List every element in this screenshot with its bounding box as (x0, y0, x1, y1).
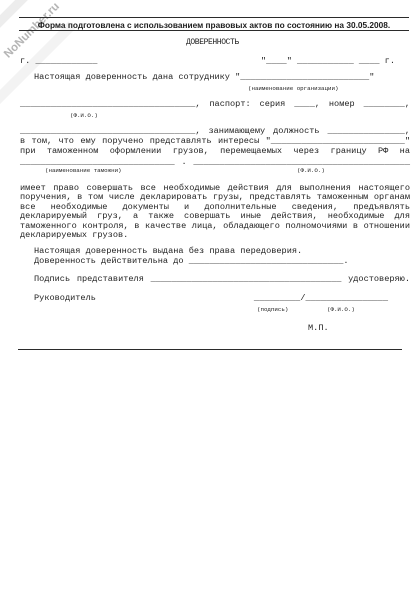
customs-line: при таможенном оформлении грузов, переме… (20, 147, 410, 157)
sign-caption: (подпись) (257, 307, 288, 314)
powers-paragraph: имеет право совершать все необходимые де… (20, 184, 410, 240)
head-signature-row: Руководитель _________/________________ (20, 294, 410, 304)
org-caption-row: (наименование организации) (20, 84, 410, 94)
footer-rule (18, 349, 402, 350)
head-label: Руководитель (20, 294, 96, 304)
document-title: ДОВЕРЕННОСТЬ (186, 38, 239, 47)
customs-caption: (наименование таможни) (45, 168, 122, 175)
fio-caption-3: (Ф.И.О.) (327, 307, 355, 314)
representative-signature-line: Подпись представителя __________________… (20, 275, 410, 285)
fio-caption-row-1: (Ф.И.О.) (20, 111, 410, 121)
blank-captions-row: (наименование таможни) (Ф.И.О.) (20, 168, 410, 176)
document-page: NoNumber.ru Форма подготовлена с использ… (0, 0, 420, 600)
valid-until-line: Доверенность действительна до __________… (20, 257, 410, 267)
fio-caption-2: (Ф.И.О.) (297, 168, 325, 175)
form-body: ДОВЕРЕННОСТЬ г. ____________ "____" ____… (20, 0, 410, 600)
city-blank: г. ____________ (20, 57, 97, 67)
employee-line: Настоящая доверенность дана сотруднику "… (20, 73, 410, 83)
customs-fio-blanks-line: ______________________________ . _______… (20, 158, 410, 168)
signature-captions-row: (подпись) (Ф.И.О.) (20, 307, 410, 315)
powers-line-6: декларируемых грузов. (20, 231, 410, 240)
city-date-row: г. ____________ "____" ___________ ____ … (20, 57, 410, 67)
passport-line: __________________________________, пасп… (20, 100, 410, 110)
head-signature-blank: _________/________________ (254, 294, 388, 304)
date-blank: "____" ___________ ____ г. (261, 57, 395, 67)
stamp-row: М.П. (20, 324, 410, 334)
org-caption: (наименование организации) (248, 85, 338, 92)
stamp-label: М.П. (308, 323, 329, 333)
fio-caption-1: (Ф.И.О.) (70, 112, 98, 119)
